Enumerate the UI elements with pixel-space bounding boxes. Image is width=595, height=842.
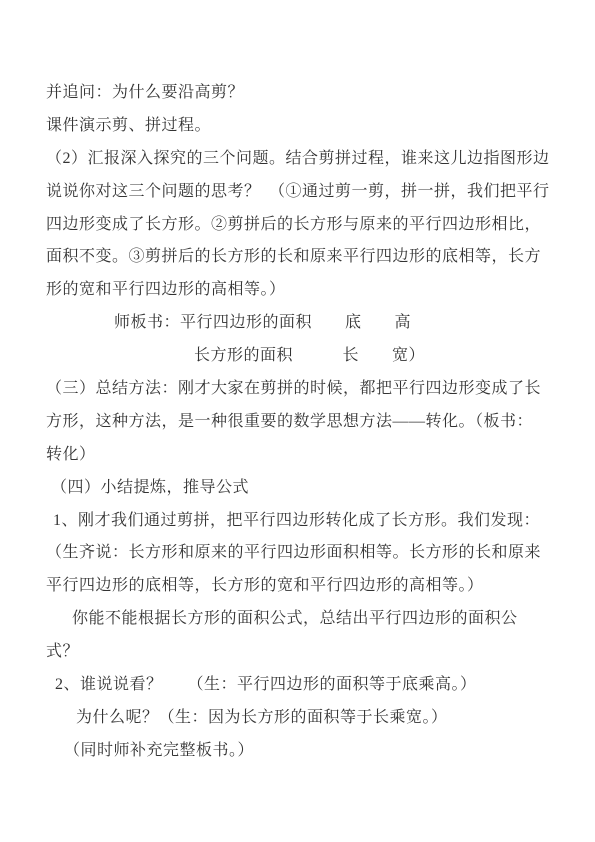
document-line: 四边形变成了长方形。②剪拼后的长方形与原来的平行四边形相比，: [46, 209, 551, 242]
document-line: 你能不能根据长方形的面积公式，总结出平行四边形的面积公: [46, 603, 551, 636]
document-line: （同时师补充完整板书。）: [46, 735, 551, 768]
document-page: 并追问：为什么要沿高剪？ 课件演示剪、拼过程。 （2）汇报深入探究的三个问题。结…: [0, 0, 595, 842]
document-line-section-heading: （四）小结提炼，推导公式: [46, 472, 551, 505]
document-line: （生齐说：长方形和原来的平行四边形面积相等。长方形的长和原来: [46, 537, 551, 570]
document-line: 课件演示剪、拼过程。: [46, 110, 551, 143]
document-line: 面积不变。③剪拼后的长方形的长和原来平行四边形的底相等，长方: [46, 241, 551, 274]
document-line: （2）汇报深入探究的三个问题。结合剪拼过程，谁来这儿边指图形边: [46, 143, 551, 176]
document-line: 形的宽和平行四边形的高相等。）: [46, 274, 551, 307]
document-line: 1、刚才我们通过剪拼，把平行四边形转化成了长方形。我们发现：: [46, 505, 551, 538]
document-line: 说说你对这三个问题的思考？ （①通过剪一剪，拼一拼，我们把平行: [46, 176, 551, 209]
document-line: 式？: [46, 636, 551, 669]
document-line: 并追问：为什么要沿高剪？: [46, 77, 551, 110]
document-line: 2、谁说说看？ （生：平行四边形的面积等于底乘高。）: [46, 669, 551, 702]
document-line: 平行四边形的底相等，长方形的宽和平行四边形的高相等。）: [46, 570, 551, 603]
document-line: （三）总结方法：刚才大家在剪拼的时候，都把平行四边形变成了长: [46, 373, 551, 406]
document-line: 转化）: [46, 439, 551, 472]
document-line-board-writing: 师板书：平行四边形的面积 底 高: [46, 307, 551, 340]
document-line: 为什么呢？（生：因为长方形的面积等于长乘宽。）: [46, 702, 551, 735]
document-line-board-writing: 长方形的面积 长 宽）: [46, 340, 551, 373]
document-line: 方形，这种方法，是一种很重要的数学思想方法——转化。（板书：: [46, 406, 551, 439]
